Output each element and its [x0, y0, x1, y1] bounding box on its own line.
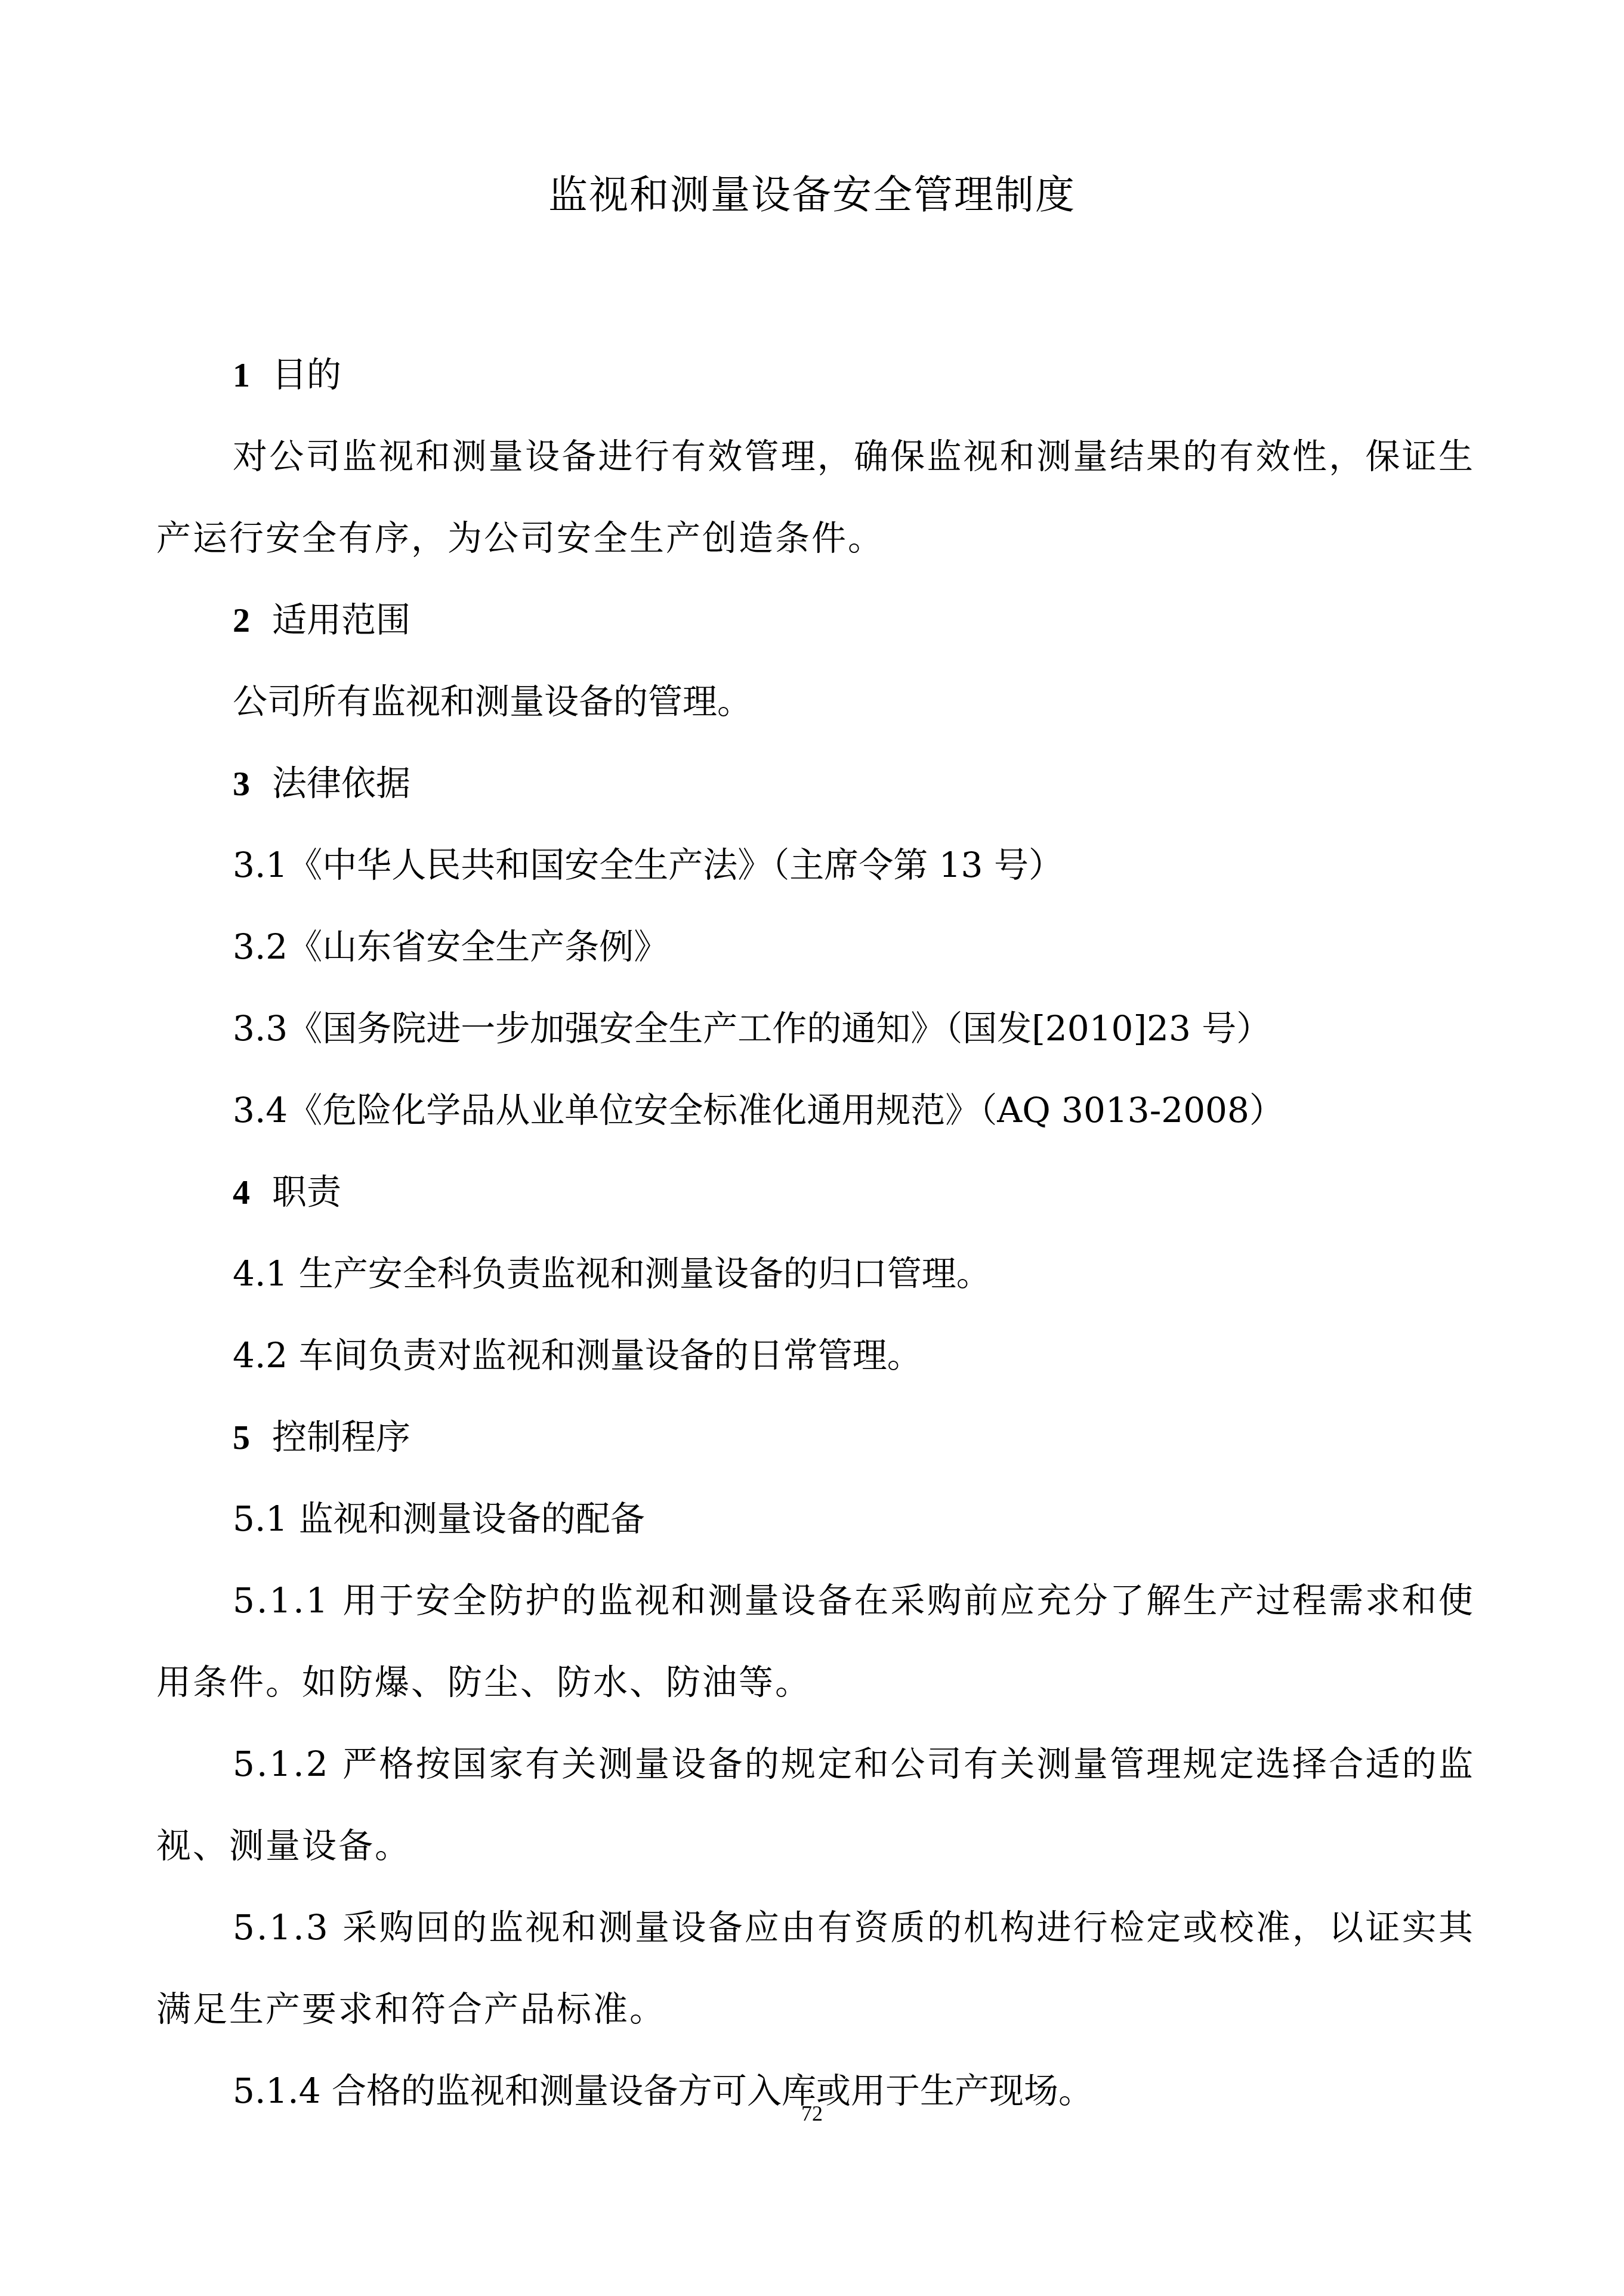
subsection-5-1: 5.1 监视和测量设备的配备 — [156, 1478, 1475, 1560]
paragraph-5-1-2: 5.1.2 严格按国家有关测量设备的规定和公司有关测量管理规定选择合适的监视、测… — [156, 1723, 1475, 1887]
legal-item-3-3: 3.3《国务院进一步加强安全生产工作的通知》（国发[2010]23 号） — [156, 988, 1475, 1070]
section-heading-purpose: 1 目的 — [156, 334, 1475, 416]
section-number: 2 — [233, 601, 250, 639]
document-title: 监视和测量设备安全管理制度 — [0, 168, 1624, 222]
paragraph-purpose: 对公司监视和测量设备进行有效管理，确保监视和测量结果的有效性，保证生产运行安全有… — [156, 416, 1475, 579]
responsibility-item-4-1: 4.1 生产安全科负责监视和测量设备的归口管理。 — [156, 1233, 1475, 1315]
page-number: 72 — [0, 2101, 1624, 2126]
legal-item-3-1: 3.1《中华人民共和国安全生产法》（主席令第 13 号） — [156, 824, 1475, 906]
section-heading-control-procedure: 5 控制程序 — [156, 1396, 1475, 1478]
section-number: 3 — [233, 764, 250, 803]
section-heading-legal-basis: 3 法律依据 — [156, 743, 1475, 824]
paragraph-scope: 公司所有监视和测量设备的管理。 — [156, 661, 1475, 743]
paragraph-5-1-3: 5.1.3 采购回的监视和测量设备应由有资质的机构进行检定或校准，以证实其满足生… — [156, 1887, 1475, 2050]
section-heading-scope: 2 适用范围 — [156, 579, 1475, 661]
section-heading-text: 适用范围 — [272, 600, 410, 640]
document-body: 1 目的 对公司监视和测量设备进行有效管理，确保监视和测量结果的有效性，保证生产… — [156, 334, 1475, 2132]
paragraph-5-1-1: 5.1.1 用于安全防护的监视和测量设备在采购前应充分了解生产过程需求和使用条件… — [156, 1560, 1475, 1723]
section-heading-text: 目的 — [272, 354, 341, 395]
section-number: 4 — [233, 1173, 250, 1212]
responsibility-item-4-2: 4.2 车间负责对监视和测量设备的日常管理。 — [156, 1315, 1475, 1396]
legal-item-3-4: 3.4《危险化学品从业单位安全标准化通用规范》（AQ 3013-2008） — [156, 1070, 1475, 1151]
section-heading-text: 控制程序 — [272, 1417, 410, 1457]
section-heading-responsibilities: 4 职责 — [156, 1151, 1475, 1233]
legal-item-3-2: 3.2《山东省安全生产条例》 — [156, 906, 1475, 988]
section-number: 1 — [233, 356, 250, 394]
document-page: 监视和测量设备安全管理制度 1 目的 对公司监视和测量设备进行有效管理，确保监视… — [0, 0, 1624, 2296]
section-heading-text: 法律依据 — [272, 763, 410, 804]
section-number: 5 — [233, 1418, 250, 1457]
section-heading-text: 职责 — [272, 1172, 341, 1212]
